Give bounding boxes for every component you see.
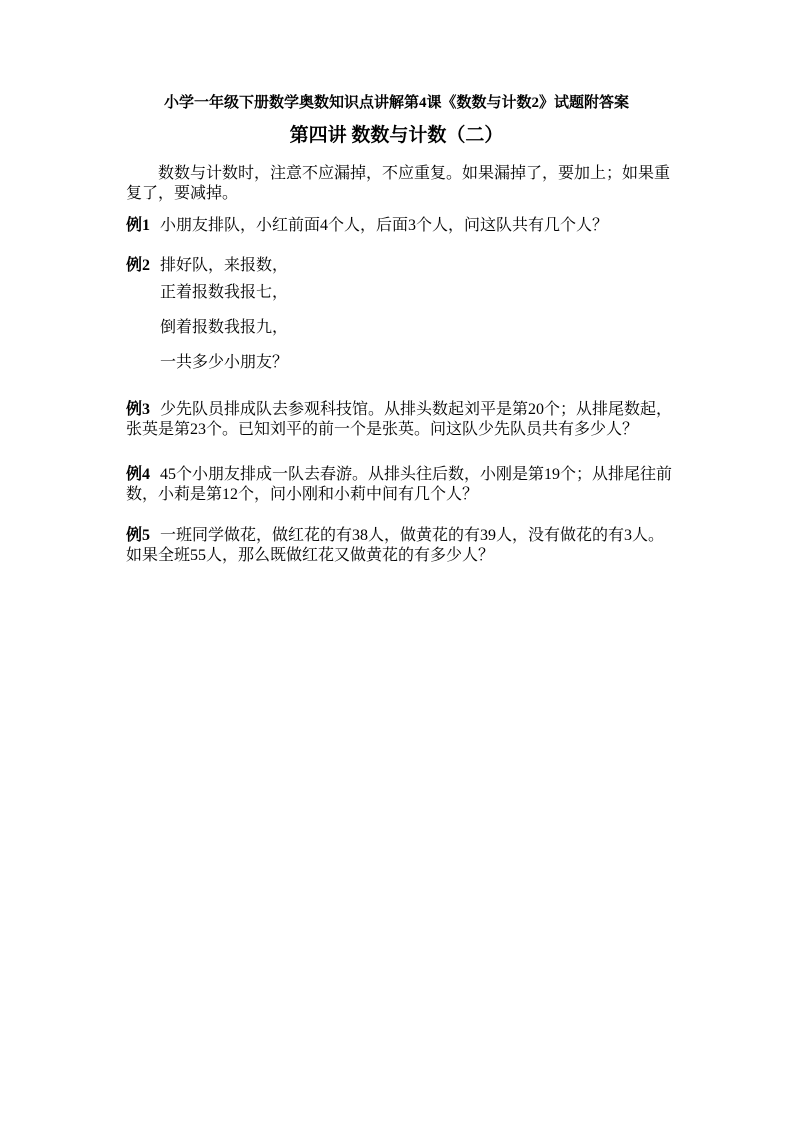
example-2-verse-line-3: 一共多少小朋友？ — [126, 353, 733, 373]
example-1-label: 例1 — [126, 217, 150, 234]
example-5-line-2: 如果全班55人，那么既做红花又做黄花的有多少人？ — [126, 546, 733, 566]
intro-line-1: 数数与计数时，注意不应漏掉，不应重复。如果漏掉了，要加上；如果重 — [126, 164, 733, 184]
example-2-paragraph: 例2排好队，来报数， 正着报数我报七， 倒着报数我报九， 一共多少小朋友？ — [126, 256, 733, 373]
example-2-text: 排好队，来报数， — [160, 257, 288, 274]
example-1-text: 小朋友排队，小红前面4个人，后面3个人，问这队共有几个人？ — [160, 217, 608, 234]
example-5-text: 一班同学做花，做红花的有38人，做黄花的有39人，没有做花的有3人。 — [160, 527, 664, 544]
example-4-label: 例4 — [126, 466, 150, 483]
example-1-paragraph: 例1小朋友排队，小红前面4个人，后面3个人，问这队共有几个人？ — [126, 216, 733, 236]
document-body: 数数与计数时，注意不应漏掉，不应重复。如果漏掉了，要加上；如果重 复了，要减掉。… — [0, 164, 793, 566]
intro-paragraph: 数数与计数时，注意不应漏掉，不应重复。如果漏掉了，要加上；如果重 复了，要减掉。 — [126, 164, 733, 204]
example-3-line-1: 例3少先队员排成队去参观科技馆。从排头数起刘平是第20个；从排尾数起， — [126, 400, 733, 420]
example-3-text: 少先队员排成队去参观科技馆。从排头数起刘平是第20个；从排尾数起， — [160, 401, 672, 418]
example-4-line-2: 数，小莉是第12个，问小刚和小莉中间有几个人？ — [126, 485, 733, 505]
example-2-label: 例2 — [126, 257, 150, 274]
example-1-line-1: 例1小朋友排队，小红前面4个人，后面3个人，问这队共有几个人？ — [126, 216, 733, 236]
example-5-line-1: 例5一班同学做花，做红花的有38人，做黄花的有39人，没有做花的有3人。 — [126, 526, 733, 546]
example-2-verse-line-2: 倒着报数我报九， — [126, 318, 733, 338]
example-3-paragraph: 例3少先队员排成队去参观科技馆。从排头数起刘平是第20个；从排尾数起， 张英是第… — [126, 400, 733, 440]
example-3-line-2: 张英是第23个。已知刘平的前一个是张英。问这队少先队员共有多少人？ — [126, 420, 733, 440]
intro-line-2: 复了，要减掉。 — [126, 184, 733, 204]
example-3-label: 例3 — [126, 401, 150, 418]
example-2-line-1: 例2排好队，来报数， — [126, 256, 733, 276]
example-4-text: 45个小朋友排成一队去春游。从排头往后数，小刚是第19个；从排尾往前 — [160, 466, 672, 483]
document-title: 小学一年级下册数学奥数知识点讲解第4课《数数与计数2》试题附答案 — [0, 93, 793, 113]
example-2-verse-line-1: 正着报数我报七， — [126, 283, 733, 303]
example-5-label: 例5 — [126, 527, 150, 544]
lecture-heading: 第四讲 数数与计数（二） — [0, 123, 793, 149]
example-5-paragraph: 例5一班同学做花，做红花的有38人，做黄花的有39人，没有做花的有3人。 如果全… — [126, 526, 733, 566]
document-page: 小学一年级下册数学奥数知识点讲解第4课《数数与计数2》试题附答案 第四讲 数数与… — [0, 0, 793, 1122]
example-4-paragraph: 例445个小朋友排成一队去春游。从排头往后数，小刚是第19个；从排尾往前 数，小… — [126, 465, 733, 505]
example-4-line-1: 例445个小朋友排成一队去春游。从排头往后数，小刚是第19个；从排尾往前 — [126, 465, 733, 485]
